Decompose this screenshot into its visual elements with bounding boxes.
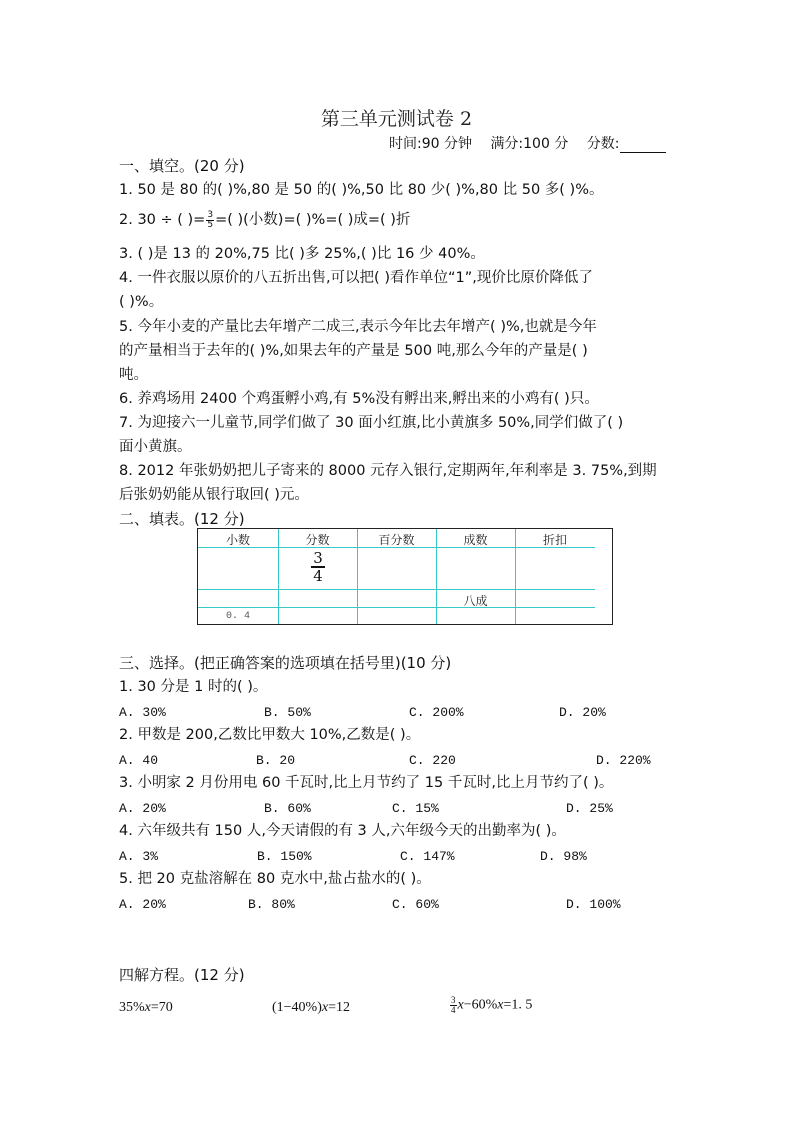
fraction-3-4: 3 4: [311, 550, 325, 584]
full-score: 满分:100 分: [490, 136, 568, 152]
option-b: B. 20: [256, 750, 295, 772]
section-2-heading: 二、填表。(12 分): [119, 508, 245, 530]
question-1-2: 2. 30 ÷ ( )=35=( )(小数)=( )%=( )成=( )折: [119, 209, 410, 231]
table-header-cheng: 成数: [436, 531, 515, 548]
option-a: A. 20%: [119, 894, 166, 916]
exam-meta: 时间:90 分钟 满分:100 分 分数:: [389, 133, 666, 153]
question-1-7: 7. 为迎接六一儿童节,同学们做了 30 面小红旗,比小黄旗多 50%,同学们做…: [119, 412, 623, 434]
q2-prefix: 2. 30 ÷ ( )=: [119, 212, 205, 228]
option-a: A. 20%: [119, 798, 166, 820]
question-1-3: 3. ( )是 13 的 20%,75 比( )多 25%,( )比 16 少 …: [119, 243, 485, 265]
question-1-8-cont: 后张奶奶能从银行取回( )元。: [119, 484, 309, 506]
question-1-8: 8. 2012 年张奶奶把儿子寄来的 8000 元存入银行,定期两年,年利率是 …: [119, 460, 657, 482]
option-b: B. 150%: [257, 846, 312, 868]
equation-2: (1−40%)x=12: [272, 1000, 350, 1016]
table-header-fraction: 分数: [278, 531, 357, 548]
fraction-3-5: 35: [206, 211, 214, 230]
option-d: D. 100%: [566, 894, 621, 916]
table-header-percent: 百分数: [357, 531, 436, 548]
choice-question-2: 2. 甲数是 200,乙数比甲数大 10%,乙数是( )。: [119, 724, 420, 746]
table-divider: [198, 607, 595, 608]
option-d: D. 220%: [596, 750, 651, 772]
question-1-1: 1. 50 是 80 的( )%,80 是 50 的( )%,50 比 80 少…: [119, 179, 604, 201]
option-a: A. 3%: [119, 846, 158, 868]
question-1-5: 5. 今年小麦的产量比去年增产二成三,表示今年比去年增产( )%,也就是今年: [119, 316, 597, 338]
question-1-6: 6. 养鸡场用 2400 个鸡蛋孵小鸡,有 5%没有孵出来,孵出来的小鸡有( )…: [119, 388, 599, 410]
option-c: C. 15%: [392, 798, 439, 820]
conversion-table: 小数 分数 百分数 成数 折扣 3 4 八成 0. 4: [197, 528, 613, 625]
score-label: 分数:: [587, 136, 620, 152]
score-blank[interactable]: [620, 138, 666, 153]
question-1-4: 4. 一件衣服以原价的八五折出售,可以把( )看作单位“1”,现价比原价降低了: [119, 267, 593, 289]
choice-question-1: 1. 30 分是 1 时的( )。: [119, 676, 267, 698]
question-1-5-cont: 的产量相当于去年的( )%,如果去年的产量是 500 吨,那么今年的产量是( ): [119, 340, 588, 362]
option-d: D. 98%: [540, 846, 587, 868]
fraction-3-4: 34: [450, 996, 457, 1015]
section-1-heading: 一、填空。(20 分): [119, 155, 245, 177]
option-a: A. 30%: [119, 702, 166, 724]
table-header-decimal: 小数: [198, 531, 278, 548]
equation-1: 35%x=70: [119, 1000, 173, 1016]
question-1-7-cont: 面小黄旗。: [119, 436, 192, 458]
option-d: D. 25%: [566, 798, 613, 820]
page-title: 第三单元测试卷 2: [0, 104, 793, 131]
table-divider: [198, 589, 595, 590]
equation-3: 34x−60%x=1. 5: [449, 996, 532, 1015]
option-c: C. 60%: [392, 894, 439, 916]
choice-question-5: 5. 把 20 克盐溶解在 80 克水中,盐占盐水的( )。: [119, 868, 431, 890]
section-4-heading: 四解方程。(12 分): [119, 964, 245, 986]
option-b: B. 50%: [264, 702, 311, 724]
option-c: C. 147%: [400, 846, 455, 868]
table-header-discount: 折扣: [515, 531, 595, 548]
section-3-heading: 三、选择。(把正确答案的选项填在括号里)(10 分): [119, 652, 451, 674]
table-cell-cheng: 八成: [436, 592, 515, 609]
table-cell-decimal: 0. 4: [198, 611, 278, 622]
choice-question-4: 4. 六年级共有 150 人,今天请假的有 3 人,六年级今天的出勤率为( )。: [119, 820, 566, 842]
option-b: B. 80%: [248, 894, 295, 916]
option-c: C. 220: [409, 750, 456, 772]
option-c: C. 200%: [409, 702, 464, 724]
choice-question-3: 3. 小明家 2 月份用电 60 千瓦时,比上月节约了 15 千瓦时,比上月节约…: [119, 772, 613, 794]
time-limit: 时间:90 分钟: [389, 136, 472, 152]
question-1-5-cont2: 吨。: [119, 364, 148, 386]
option-a: A. 40: [119, 750, 158, 772]
question-1-4-cont: ( )%。: [119, 291, 163, 313]
option-b: B. 60%: [264, 798, 311, 820]
option-d: D. 20%: [559, 702, 606, 724]
q2-suffix: =( )(小数)=( )%=( )成=( )折: [215, 212, 410, 228]
